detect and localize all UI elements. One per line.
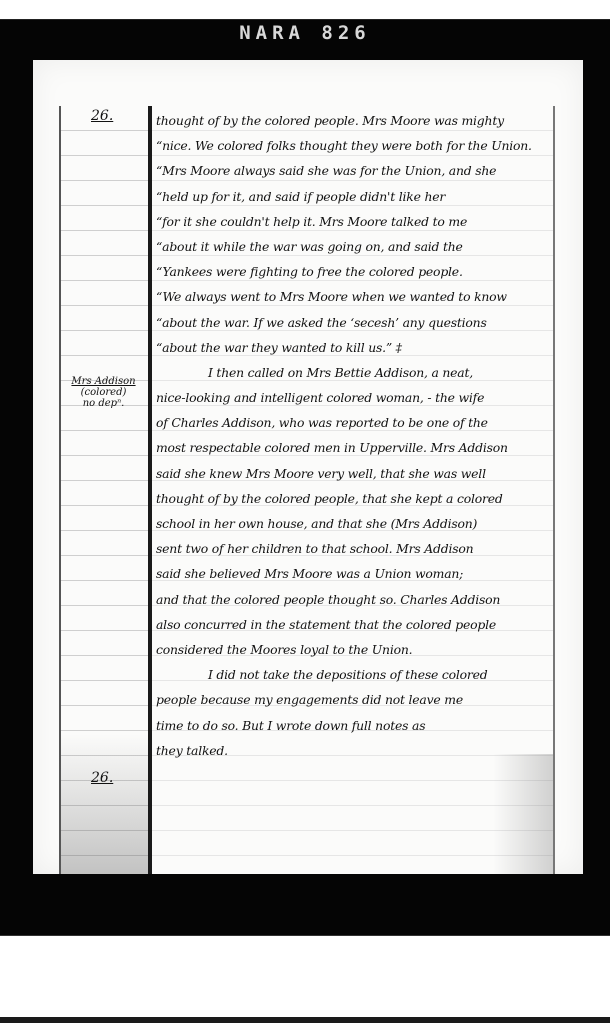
text-line: said she believed Mrs Moore was a Union … — [156, 561, 551, 586]
text-line: “about it while the war was going on, an… — [156, 234, 551, 259]
text-line: of Charles Addison, who was reported to … — [156, 410, 551, 435]
text-line: people because my engagements did not le… — [156, 687, 551, 712]
text-line: thought of by the colored people. Mrs Mo… — [156, 108, 551, 133]
margin-stain — [59, 734, 148, 874]
text-line: and that the colored people thought so. … — [156, 587, 551, 612]
film-reel-label: NARA 826 — [0, 22, 610, 44]
text-line: “for it she couldn't help it. Mrs Moore … — [156, 209, 551, 234]
right-edge-line — [553, 106, 555, 874]
text-line: nice-looking and intelligent colored wom… — [156, 385, 551, 410]
margin-annotation: Mrs Addison (colored) no depⁿ. — [59, 376, 148, 409]
text-line: they talked. — [156, 738, 551, 763]
document-page: 26. 26. Mrs Addison (colored) no depⁿ. t… — [33, 60, 583, 874]
edge-stain — [493, 754, 553, 874]
text-line: “Mrs Moore always said she was for the U… — [156, 158, 551, 183]
handwritten-text: thought of by the colored people. Mrs Mo… — [156, 108, 551, 763]
margin-note-deposition: no depⁿ. — [59, 398, 148, 409]
text-line: time to do so. But I wrote down full not… — [156, 713, 551, 738]
page-number-bottom: 26. — [91, 770, 113, 786]
text-line: “nice. We colored folks thought they wer… — [156, 133, 551, 158]
text-line: also concurred in the statement that the… — [156, 612, 551, 637]
text-line: “about the war. If we asked the ‘secesh’… — [156, 310, 551, 335]
text-line: considered the Moores loyal to the Union… — [156, 637, 551, 662]
text-line: sent two of her children to that school.… — [156, 536, 551, 561]
paragraph-start-line: I did not take the depositions of these … — [156, 662, 551, 687]
paragraph-start-line: I then called on Mrs Bettie Addison, a n… — [156, 360, 551, 385]
margin-note-name: Mrs Addison — [59, 376, 148, 387]
text-line: most respectable colored men in Uppervil… — [156, 435, 551, 460]
text-line: said she knew Mrs Moore very well, that … — [156, 461, 551, 486]
text-line: “held up for it, and said if people didn… — [156, 184, 551, 209]
bottom-dark-edge — [0, 1017, 610, 1023]
text-line: “about the war they wanted to kill us.” … — [156, 335, 551, 360]
ledger-sheet: 26. 26. Mrs Addison (colored) no depⁿ. t… — [59, 106, 555, 874]
bottom-white-strip — [0, 935, 610, 1017]
text-line: “Yankees were fighting to free the color… — [156, 259, 551, 284]
page-number-top: 26. — [91, 108, 113, 124]
text-line: thought of by the colored people, that s… — [156, 486, 551, 511]
text-line: “We always went to Mrs Moore when we wan… — [156, 284, 551, 309]
text-line: school in her own house, and that she (M… — [156, 511, 551, 536]
margin-note-status: (colored) — [59, 387, 148, 398]
top-white-strip — [0, 0, 610, 20]
